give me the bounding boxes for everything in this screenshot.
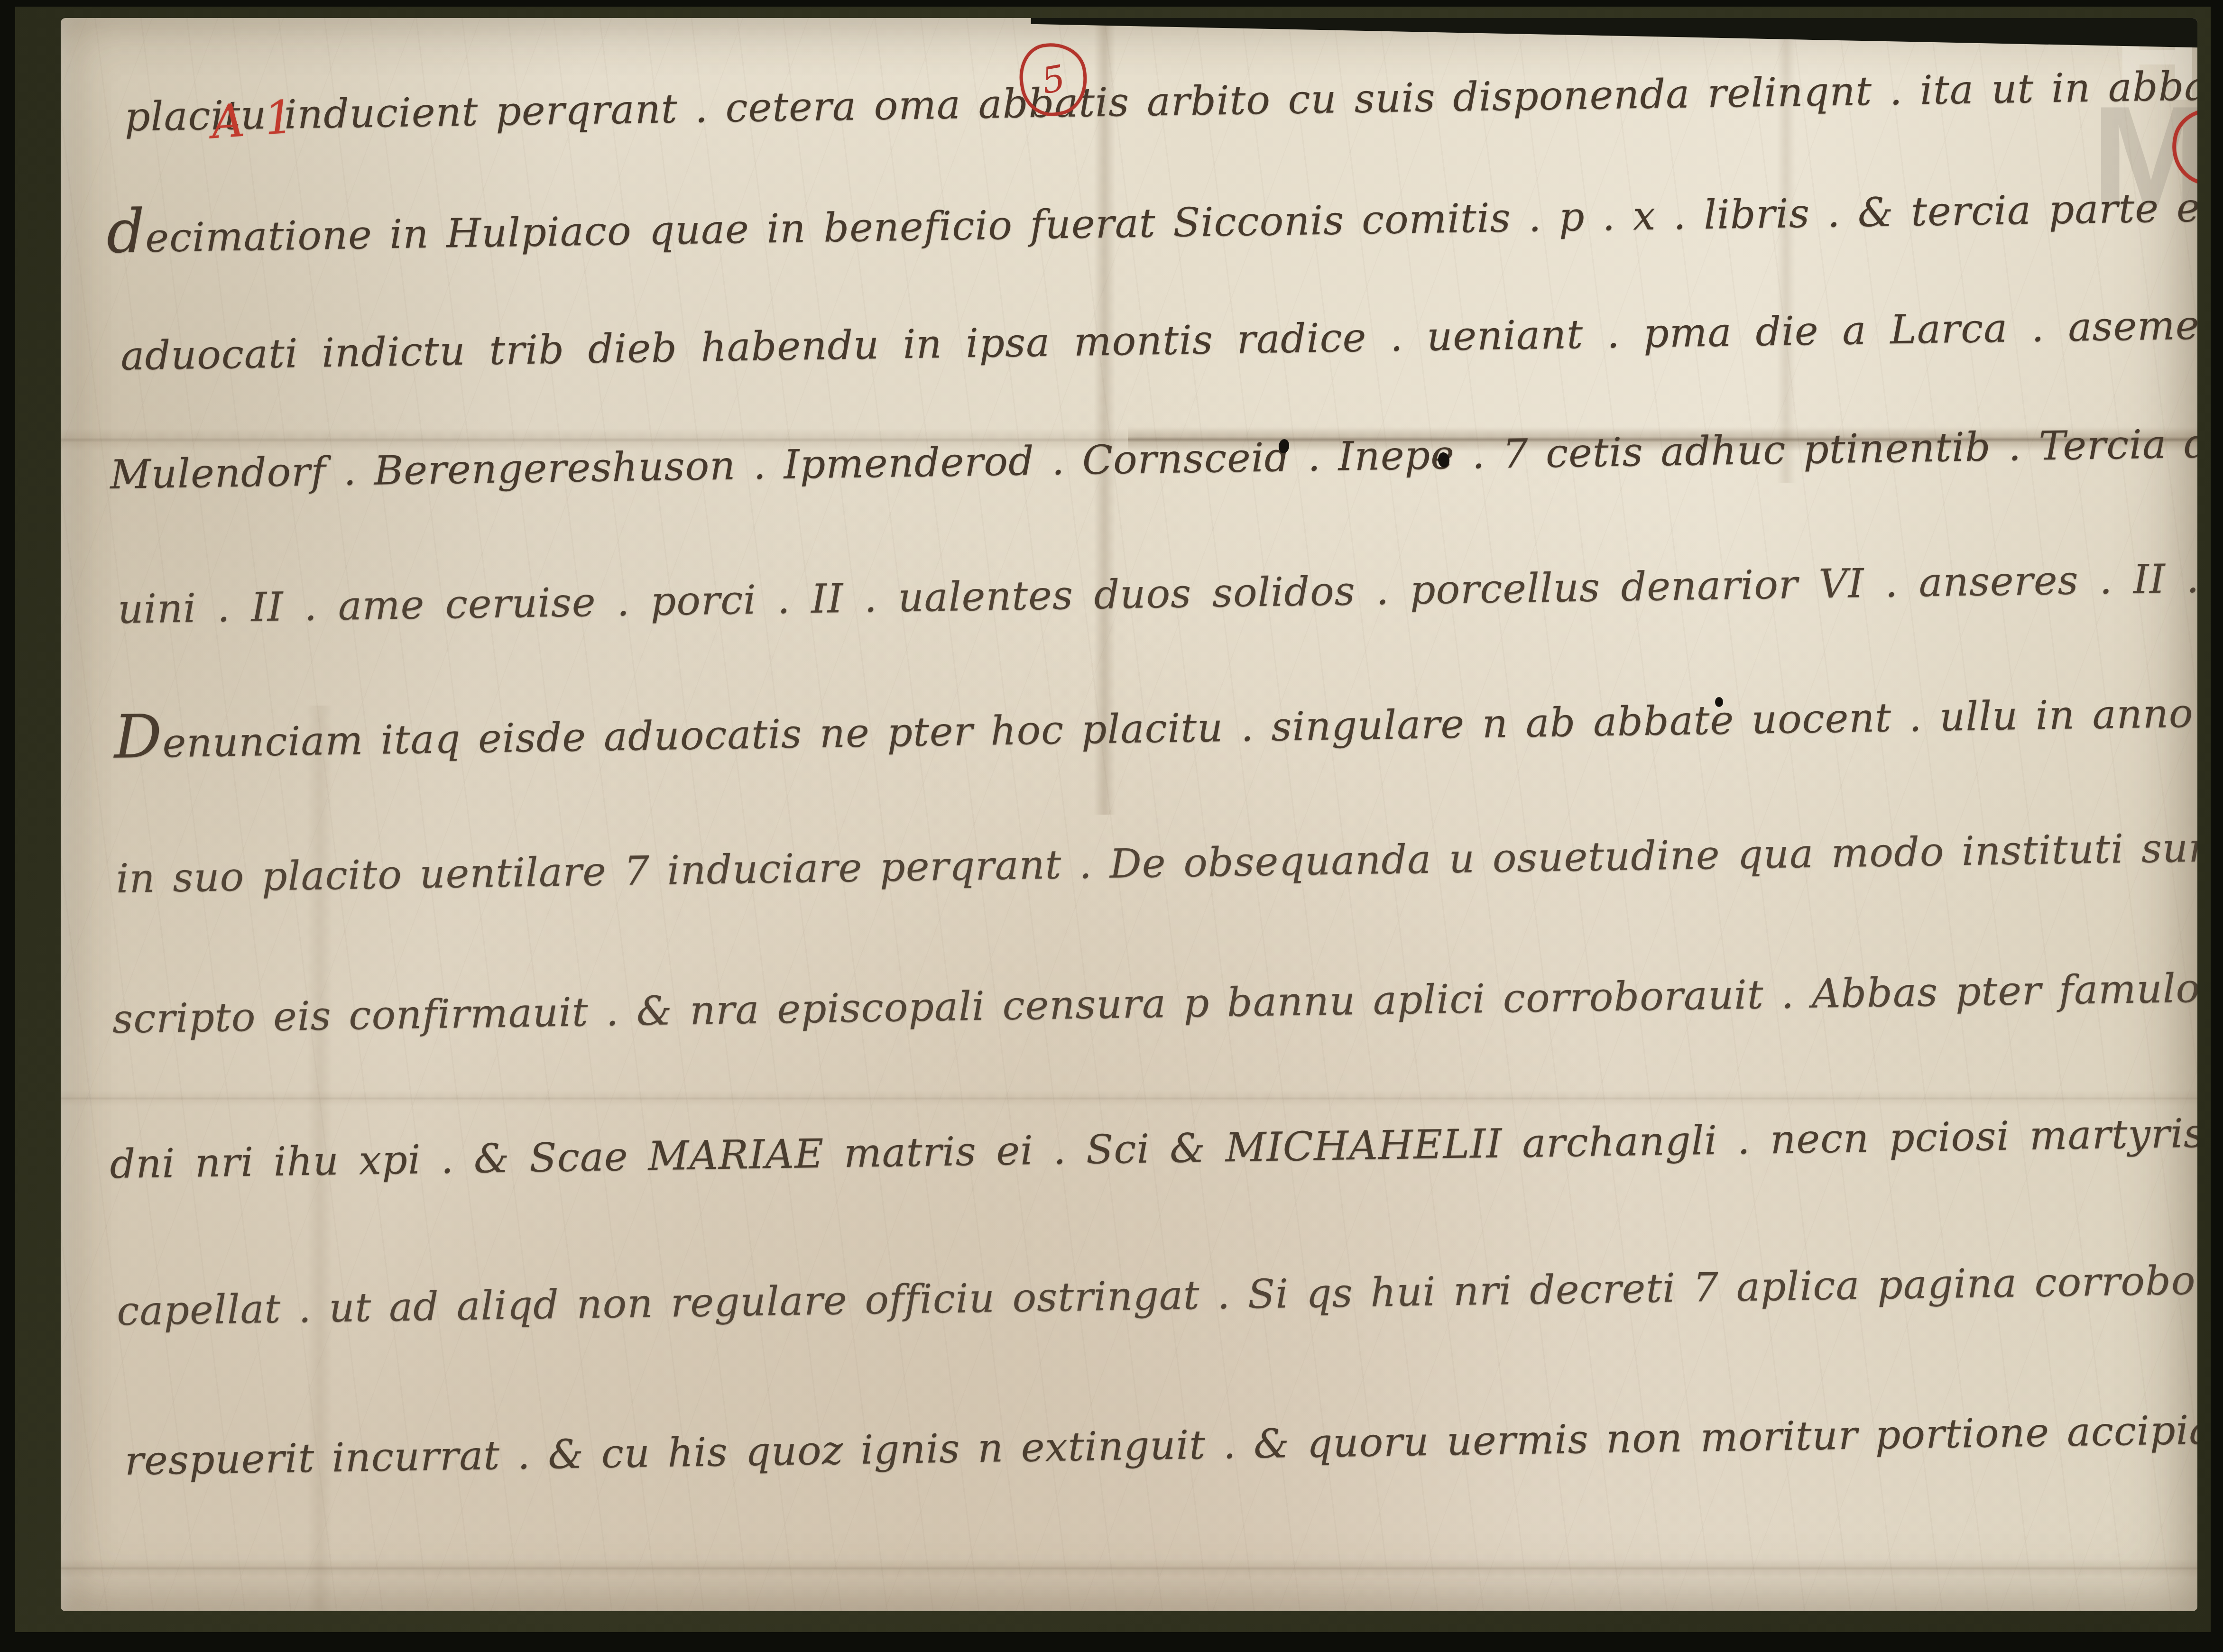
crease-fold-horizontal-faint — [61, 1086, 2197, 1111]
parchment-hole — [1715, 697, 1723, 707]
photo-frame: { "doc": { "lines": [ "placitu inducient… — [0, 0, 2223, 1652]
circled-number-top-value: 5 — [1038, 56, 1068, 102]
parchment: H Mar placitu inducient perqrant . ceter… — [61, 18, 2197, 1611]
crease-fold-horizontal-bottom — [61, 1553, 2197, 1583]
manuscript-line: capellat . ut ad aliqd non regulare offi… — [117, 1257, 2197, 1333]
manuscript-line: scripto eis confirmauit . & nra episcopa… — [112, 965, 2197, 1041]
manuscript-line: in suo placito uentilare 7 induciare per… — [116, 825, 2197, 901]
photo-mat: H Mar placitu inducient perqrant . ceter… — [15, 7, 2211, 1632]
frame-edge-top-right — [1031, 18, 2197, 48]
manuscript-line: aduocati indictu trib dieb habendu in ip… — [120, 303, 2197, 378]
manuscript-line: placitu inducient perqrant . cetera oma … — [124, 64, 2197, 139]
circled-number-right-value: 5 — [2195, 121, 2197, 173]
archive-shelfmark: A 1 — [210, 90, 298, 149]
manuscript-text: placitu inducient perqrant . cetera oma … — [104, 57, 2197, 88]
manuscript-line: Mulendorf . Berengereshuson . Ipmenderod… — [110, 421, 2197, 497]
manuscript-line: respuerit incurrat . & cu his quoz ignis… — [124, 1407, 2197, 1483]
manuscript-line: dni nri ihu xpi . & Scae MARIAE matris e… — [110, 1111, 2197, 1187]
manuscript-line: Denunciam itaq eisde aduocatis ne pter h… — [114, 684, 2197, 766]
manuscript-line: decimatione in Hulpiaco quae in benefici… — [106, 178, 2197, 261]
manuscript-line: uini . II . ame ceruise . porci . II . u… — [118, 556, 2197, 632]
crease-fold-vertical — [1094, 18, 1116, 815]
